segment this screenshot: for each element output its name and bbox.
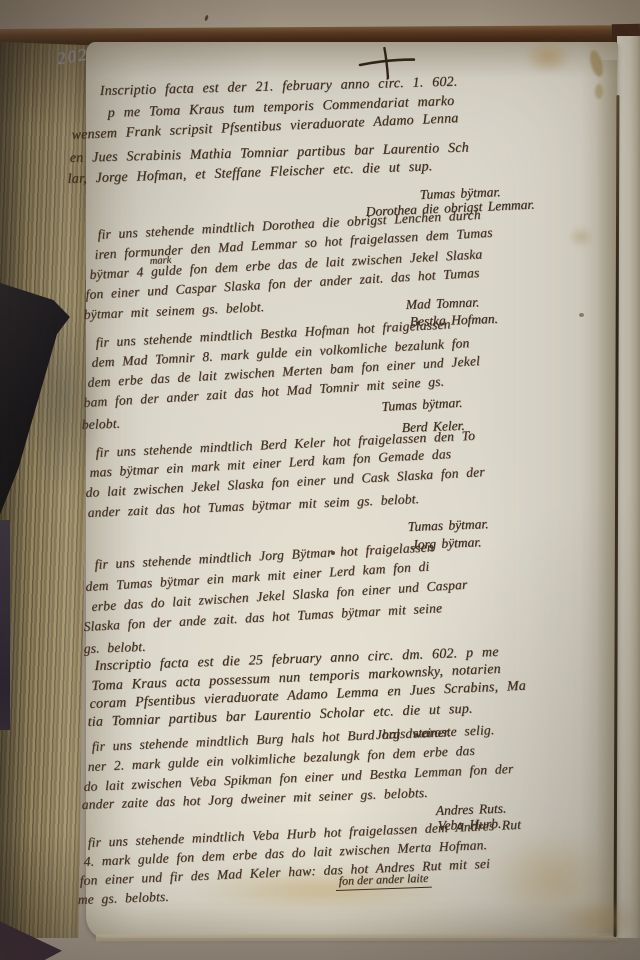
manuscript-line: gs. belobt. bbox=[83, 639, 146, 657]
signature-line: Tumas bÿtmar. bbox=[381, 395, 462, 415]
signature-line: Tumas bÿtmar. bbox=[407, 516, 488, 535]
manuscript-line: bÿtmar mit seinem gs. belobt. bbox=[83, 299, 264, 323]
manuscript-line: me gs. belobts. bbox=[77, 889, 169, 908]
signature-line: Mad Tomnar. bbox=[405, 294, 479, 313]
manuscript-photo: 202 Inscriptio facta est der 21. februar… bbox=[0, 0, 640, 960]
interlinear-word: mark bbox=[149, 255, 171, 267]
inserted-underlined-note: fon der ander laite bbox=[335, 871, 431, 891]
